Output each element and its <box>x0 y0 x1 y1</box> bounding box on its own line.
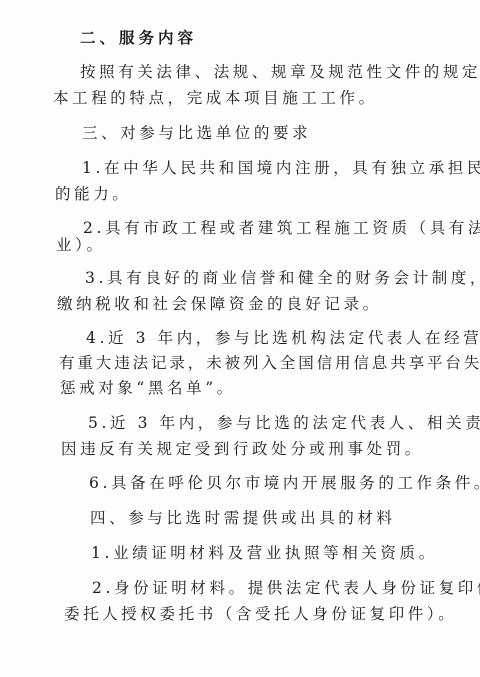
requirement-3-line: 缴纳税收和社会保障资金的良好记录。 <box>57 294 382 314</box>
requirement-4-line: 惩戒对象“黑名单”。 <box>60 378 236 398</box>
requirement-1-line: 的能力。 <box>55 184 131 204</box>
requirement-4-line: 有重大违法记录，未被列入全国信用信息共享平台失信联合 <box>59 353 480 373</box>
material-2-line: 委托人授权委托书（含受托人身份证复印件）。 <box>64 604 457 624</box>
requirement-5-line: 5.近 3 年内，参与比选的法定代表人、相关责任人没有 <box>88 413 480 433</box>
requirement-2-line: 业）。 <box>56 235 106 255</box>
requirement-5-line: 因违反有关规定受到行政处分或刑事处罚。 <box>61 439 424 459</box>
paragraph-line: 本工程的特点，完成本项目施工工作。 <box>53 88 378 108</box>
requirement-4-line: 4.近 3 年内，参与比选机构法定代表人在经营活动中没 <box>86 328 480 348</box>
document-page: 二、服务内容 按照有关法律、法规、规章及规范性文件的规定，结合 本工程的特点，完… <box>0 0 480 677</box>
requirement-6-line: 6.具备在呼伦贝尔市境内开展服务的工作条件。 <box>89 473 480 493</box>
section-heading-materials: 四、参与比选时需提供或出具的材料 <box>90 508 396 528</box>
requirement-2-line: 2.具有市政工程或者建筑工程施工资质（具有法人的企 <box>83 218 480 238</box>
requirement-1-line: 1.在中华人民共和国境内注册，具有独立承担民事责任 <box>82 158 480 178</box>
material-2-line: 2.身份证明材料。提供法定代表人身份证复印件及授权 <box>92 578 480 598</box>
requirement-3-line: 3.具有良好的商业信誉和健全的财务会计制度，有依法 <box>85 268 480 288</box>
section-heading-requirements: 三、对参与比选单位的要求 <box>82 123 311 143</box>
material-1-line: 1.业绩证明材料及营业执照等相关资质。 <box>91 543 438 563</box>
section-heading-service-content: 二、服务内容 <box>80 28 197 48</box>
paragraph-line: 按照有关法律、法规、规章及规范性文件的规定，结合 <box>80 62 480 82</box>
